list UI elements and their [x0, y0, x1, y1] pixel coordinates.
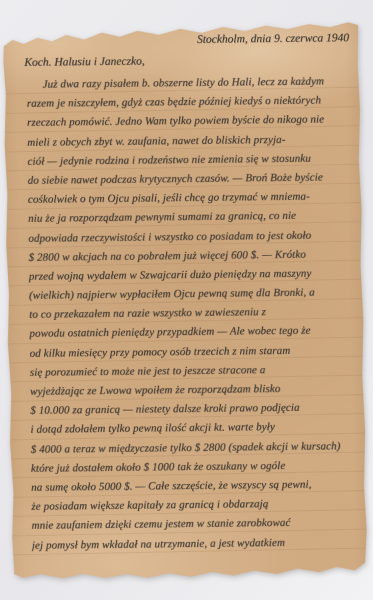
letter-line: odpowiada rzeczywistości i wszystko co p… — [28, 226, 357, 249]
paper-wrap: Stockholm, dnia 9. czerwca 1940 Koch. Ha… — [2, 22, 370, 582]
letter-line: (wielkich) najpierw wypłaciłem Ojcu pewn… — [29, 283, 358, 306]
letter-line: jej pomysł bym wkładał na utrzymanie, a … — [32, 533, 361, 556]
letter-line: na sumę około 5000 $. — Całe szczęście, … — [31, 475, 360, 498]
dateline: Stockholm, dnia 9. czerwca 1940 — [197, 32, 349, 46]
salutation: Koch. Halusiu i Janeczko, — [24, 55, 145, 68]
letter-body: Już dwa razy pisałem b. obszerne listy d… — [26, 72, 360, 555]
letter-paper: Stockholm, dnia 9. czerwca 1940 Koch. Ha… — [2, 22, 370, 582]
letter-line: powodu ostatnich pieniędzy przypadkiem —… — [29, 321, 358, 344]
letter-line: $ 4000 a teraz w międzyczasie tylko $ 28… — [31, 437, 360, 460]
letter-content: Stockholm, dnia 9. czerwca 1940 Koch. Ha… — [4, 23, 367, 580]
letter-scan: Stockholm, dnia 9. czerwca 1940 Koch. Ha… — [0, 0, 373, 600]
letter-line: rzeczach pomówić. Jedno Wam tylko powiem… — [27, 110, 356, 133]
